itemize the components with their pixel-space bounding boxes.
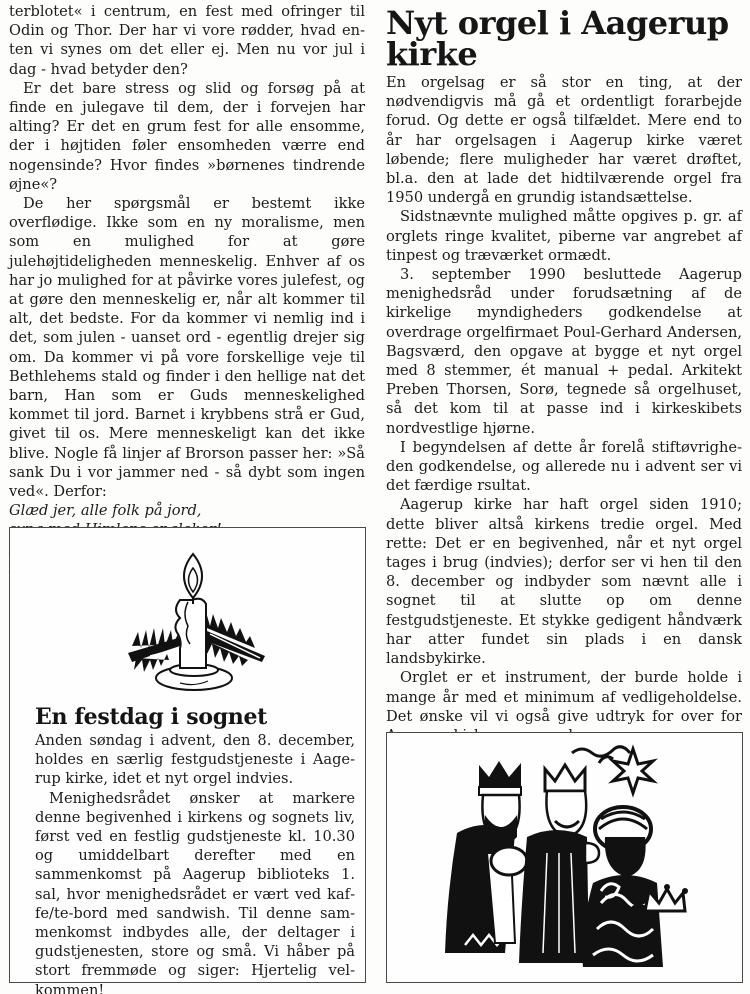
candle-icon — [10, 528, 367, 700]
festdag-text: En festdag i sognet Anden søndag i adven… — [35, 704, 355, 994]
candle-illustration — [10, 528, 365, 700]
article-paragraph: Sidstnævnte mulighed måtte opgives p. gr… — [386, 207, 742, 265]
article-paragraph: En orgelsag er så stor en ting, at der n… — [386, 73, 742, 207]
article-headline: Nyt orgel i Aagerup kirke — [386, 8, 742, 70]
three-kings-icon — [387, 733, 741, 981]
right-article: Nyt orgel i Aagerup kirke En orgelsag er… — [386, 2, 742, 856]
kings-illustration-box — [386, 732, 743, 983]
box-title: En festdag i sognet — [35, 704, 355, 730]
article-paragraph: I begyndelsen af dette år forelå stiftøv… — [386, 438, 742, 496]
box-paragraph: Anden søndag i advent, den 8. december, … — [35, 731, 355, 789]
verse-line: Glæd jer, alle folk på jord, — [9, 501, 365, 520]
box-paragraph: Menighedsrådet ønsker at markere denne b… — [35, 789, 355, 994]
article-paragraph: terblotet« i centrum, en fest med ofring… — [9, 2, 365, 79]
article-paragraph: Aagerup kirke har haft orgel siden 1910;… — [386, 495, 742, 668]
article-paragraph: De her spørgsmål er bestemt ikke overflø… — [9, 194, 365, 501]
article-paragraph: 3. september 1990 besluttede Aagerup men… — [386, 265, 742, 438]
left-article: terblotet« i centrum, en fest med ofring… — [9, 2, 365, 617]
article-paragraph: Er det bare stress og slid og forsøg på … — [9, 79, 365, 194]
festdag-box: En festdag i sognet Anden søndag i adven… — [9, 527, 366, 983]
